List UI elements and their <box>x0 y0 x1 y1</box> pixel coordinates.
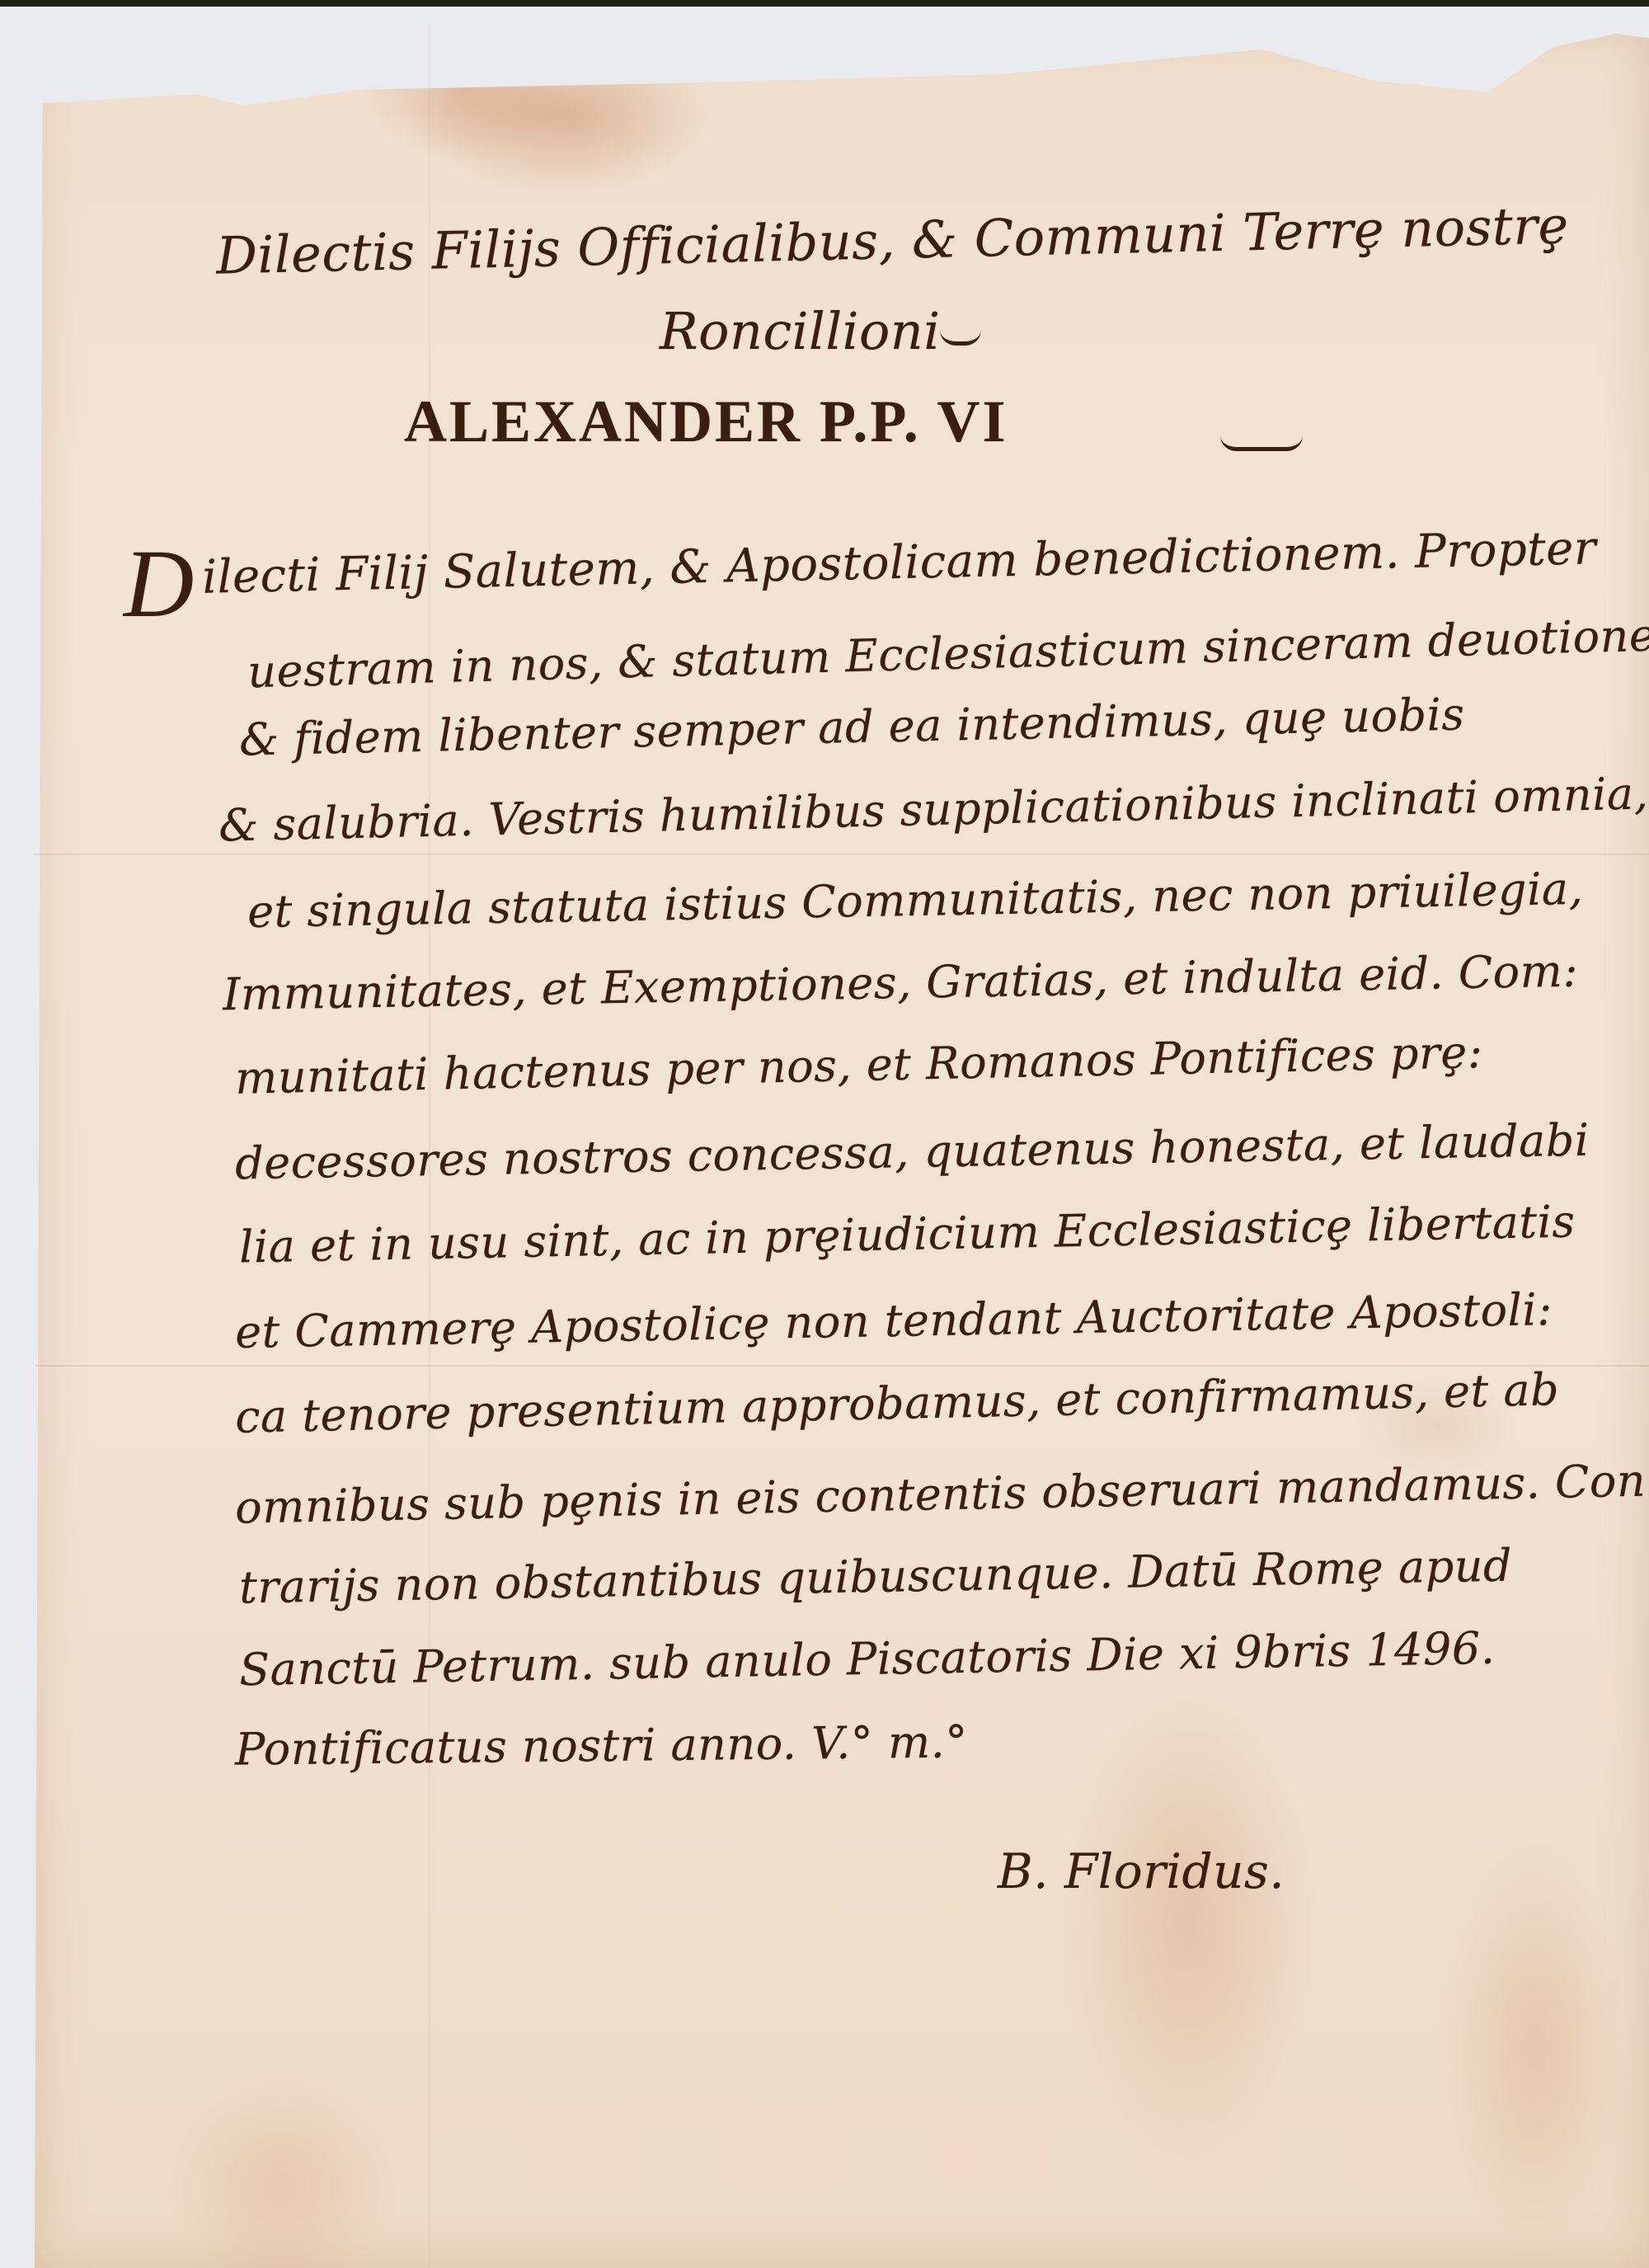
dropcap-initial: D <box>124 528 195 640</box>
signature: B. Floridus. <box>998 1843 1285 1899</box>
body-line: Pontificatus nostri anno. V.° m.° <box>235 1715 968 1775</box>
scanner-background-edge <box>0 0 1649 7</box>
document-title: ALEXANDER P.P. VI <box>404 388 1008 456</box>
address-line-2: Roncillioni <box>660 301 941 361</box>
paper-fold-line <box>35 854 1649 855</box>
flourish-ornament <box>1220 435 1303 451</box>
